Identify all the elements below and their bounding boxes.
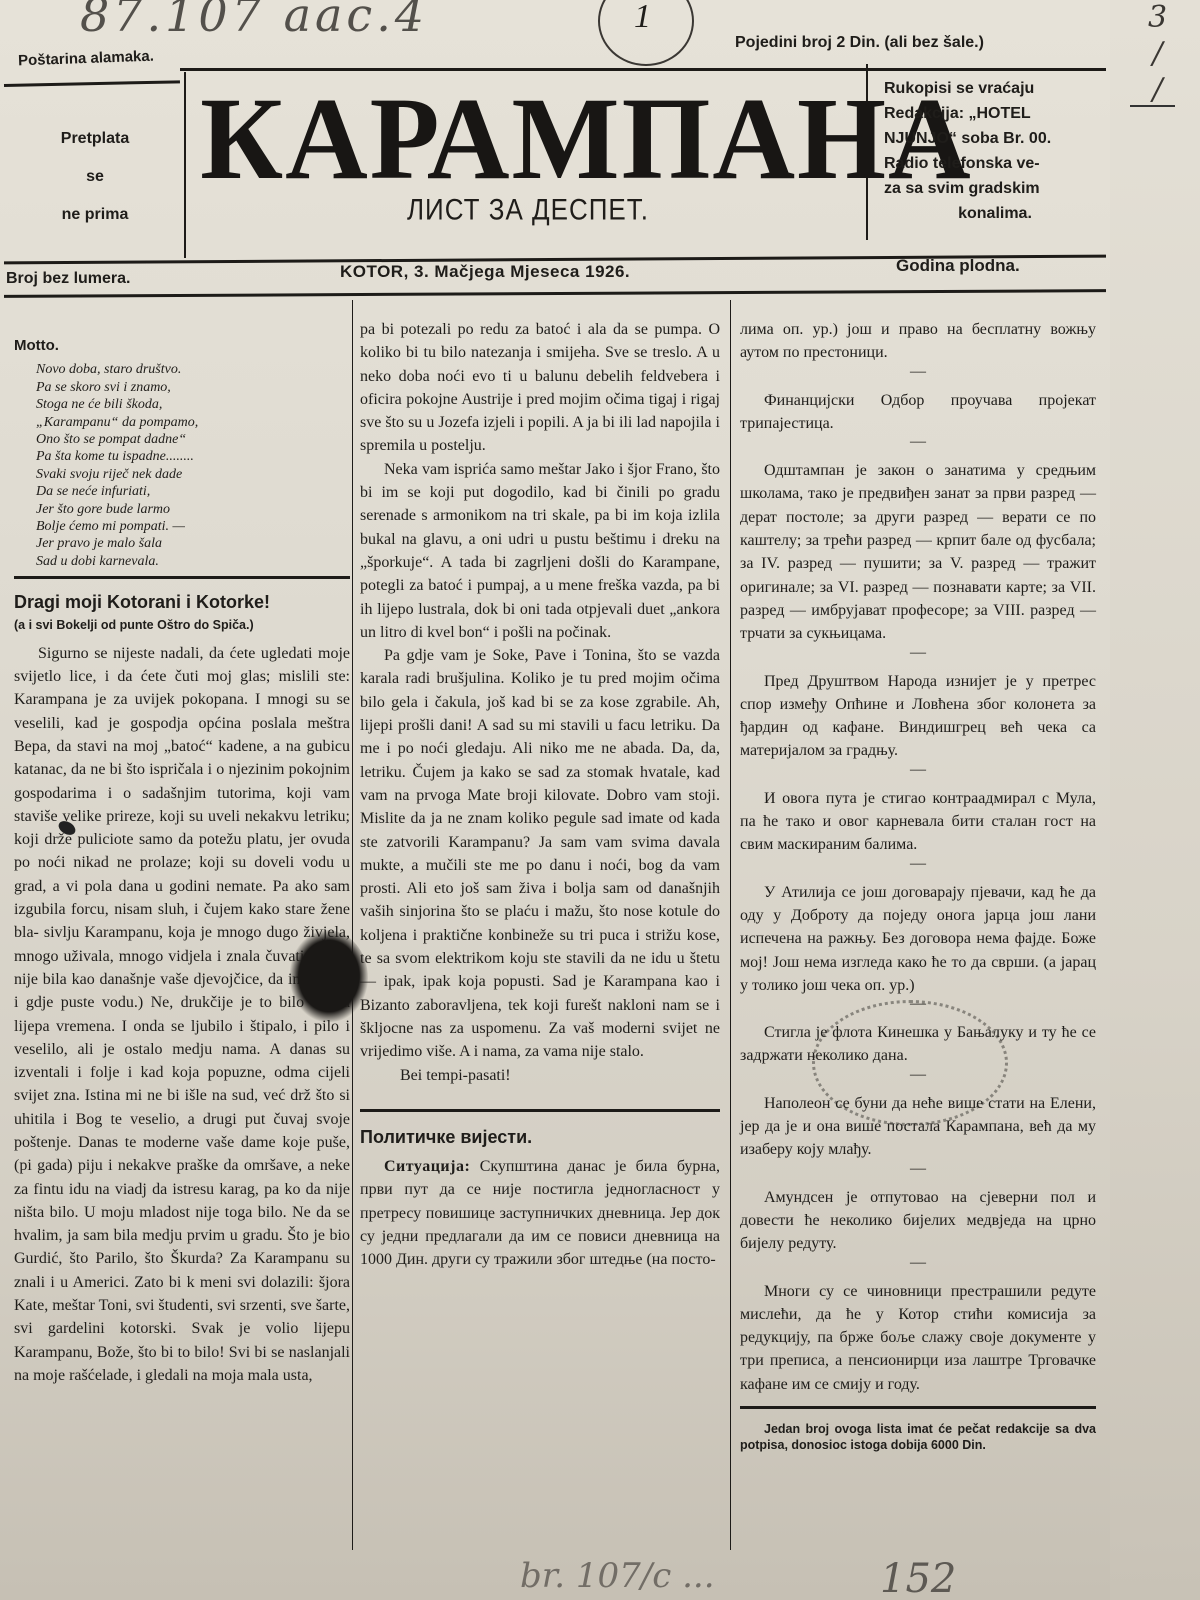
news-item: лима оп. ур.) још и право на бесплатну в… — [740, 318, 1096, 365]
column-middle: pa bi potezali po redu za batoć i ala da… — [360, 318, 720, 1272]
masthead-divider-left — [184, 72, 186, 258]
news-item: Пред Друштвом Народа изнијет је у претре… — [740, 670, 1096, 763]
newspaper-title: КАРАМПАНА — [200, 80, 856, 198]
politics-heading: Политичке вијести. — [360, 1126, 720, 1149]
item-separator: — — [740, 857, 1096, 881]
price-note: Pojedini broj 2 Din. (ali bez šale.) — [735, 34, 984, 52]
item-separator: — — [740, 1068, 1096, 1092]
news-item: Одштампан је закон о занатима у средњим … — [740, 459, 1096, 645]
news-item: Многи су се чиновници престрашили редуте… — [740, 1280, 1096, 1396]
handwritten-bottom-note: br. 107/c ... — [520, 1556, 715, 1596]
item-separator: — — [740, 646, 1096, 670]
article-paragraph: Pa gdje vam je Soke, Pave i Tonina, što … — [360, 644, 720, 1063]
subscription-ear: Pretplata se ne prima — [10, 120, 180, 234]
article-body: Sigurno se nijeste nadali, da ćete ugled… — [14, 642, 350, 1388]
article-body-continued: pa bi potezali po redu za batoć i ala da… — [360, 318, 720, 458]
column-left: Motto. Novo doba, staro društvo. Pa se s… — [14, 326, 350, 1387]
handwritten-page-number: 152 — [880, 1556, 956, 1600]
ink-blot — [290, 930, 368, 1022]
handwritten-dash — [1130, 105, 1175, 107]
article-subtitle: (a i svi Bokelji od punte Oštro do Spiča… — [14, 614, 350, 637]
item-separator: — — [740, 763, 1096, 787]
column-right: лима оп. ур.) још и право на бесплатну в… — [740, 318, 1096, 1453]
footer-note: Jedan broj ovoga lista imat će pečat red… — [740, 1421, 1096, 1453]
motto-rule — [14, 576, 350, 579]
news-item: И овога пута је стигао контраадмирал с М… — [740, 787, 1096, 857]
article-closing: Bei tempi-pasati! — [376, 1064, 720, 1087]
column-divider-2 — [730, 300, 731, 1550]
news-item: Наполеон се буни да неће више стати на Е… — [740, 1092, 1096, 1162]
news-item: Финанцијски Одбор проучава пројекат трип… — [740, 389, 1096, 436]
item-separator: — — [740, 365, 1096, 389]
news-item: У Атилија се још договарају пјевачи, кад… — [740, 881, 1096, 997]
column-divider-1 — [352, 300, 353, 1550]
news-item: Амундсен је отпутовао на сјеверни пол и … — [740, 1186, 1096, 1256]
motto-heading: Motto. — [14, 334, 350, 357]
news-item: Стигла је флота Кинешка у Бањалуку и ту … — [740, 1021, 1096, 1068]
handwritten-catalog-number: 87.107 aac.4 — [80, 0, 428, 42]
page-margin — [1110, 0, 1200, 1600]
place-date: KOTOR, 3. Mačjega Mjeseca 1926. — [340, 262, 630, 282]
section-rule — [360, 1109, 720, 1112]
newspaper-subtitle: ЛИСТ ЗА ДЕСПЕТ. — [190, 192, 866, 228]
motto-poem: Novo doba, staro društvo. Pa se skoro sv… — [14, 361, 350, 570]
masthead-rule-top — [180, 68, 1106, 71]
item-separator: — — [740, 1162, 1096, 1186]
politics-lead-paragraph: Ситуација: Скупштина данас је била бурна… — [360, 1155, 720, 1271]
handwritten-margin-marks: 3 / / — [1148, 0, 1167, 108]
footer-rule — [740, 1406, 1096, 1409]
article-paragraph: Neka vam isprića samo meštar Jako i šjor… — [360, 458, 720, 644]
masthead: КАРАМПАНА ЛИСТ ЗА ДЕСПЕТ. — [190, 80, 866, 225]
issue-number: Broj bez lumera. — [6, 270, 130, 288]
editorial-ear: Rukopisi se vraćaju Redakcija: „HOTEL NJ… — [884, 76, 1106, 226]
year-label: Godina plodna. — [896, 256, 1020, 276]
article-title: Dragi moji Kotorani i Kotorke! — [14, 591, 350, 614]
item-separator: — — [740, 997, 1096, 1021]
item-separator: — — [740, 435, 1096, 459]
item-separator: — — [740, 1256, 1096, 1280]
